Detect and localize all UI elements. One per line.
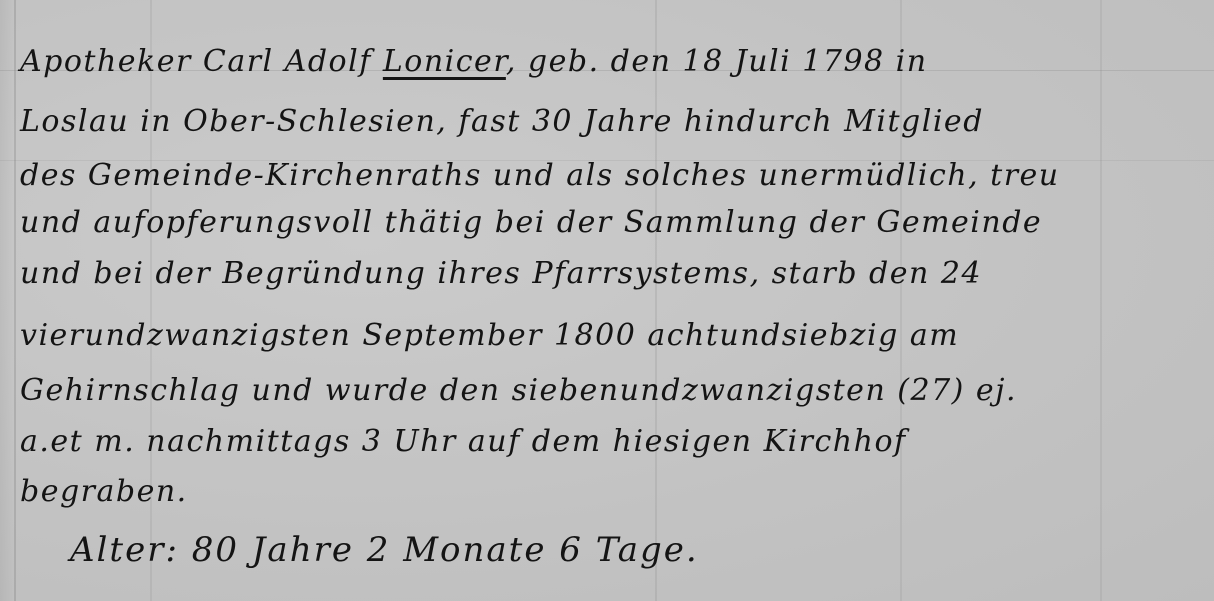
entry-text: und bei der Begründung ihres Pfarrsystem… — [20, 256, 982, 291]
entry-line-9: begraben. — [20, 474, 188, 509]
entry-text: Apotheker Carl Adolf — [20, 44, 383, 79]
age-label: Alter: — [70, 530, 179, 570]
ruling-line-vertical — [1100, 0, 1102, 601]
entry-line-6: vierundzwanzigsten September 1800 achtun… — [20, 318, 959, 353]
ruling-line-vertical — [150, 0, 152, 601]
entry-text: Gehirnschlag und wurde den siebenundzwan… — [20, 373, 1017, 408]
entry-line-7: Gehirnschlag und wurde den siebenundzwan… — [20, 373, 1017, 408]
ruling-line-vertical — [14, 0, 16, 601]
entry-text: Loslau in Ober-Schlesien, fast 30 Jahre … — [20, 104, 984, 139]
entry-text: begraben. — [20, 474, 188, 509]
entry-line-2: Loslau in Ober-Schlesien, fast 30 Jahre … — [20, 104, 984, 139]
ruling-line-vertical — [900, 0, 902, 601]
register-page: Apotheker Carl Adolf Lonicer, geb. den 1… — [0, 0, 1214, 601]
entry-text: und aufopferungsvoll thätig bei der Samm… — [20, 205, 1042, 240]
entry-line-4: und aufopferungsvoll thätig bei der Samm… — [20, 205, 1042, 240]
ruling-line-vertical — [655, 0, 657, 601]
entry-line-3: des Gemeinde-Kirchenraths und als solche… — [20, 158, 1060, 193]
entry-line-8: a.et m. nachmittags 3 Uhr auf dem hiesig… — [20, 424, 907, 459]
entry-text: des Gemeinde-Kirchenraths und als solche… — [20, 158, 1060, 193]
age-line: Alter: 80 Jahre 2 Monate 6 Tage. — [70, 530, 699, 570]
entry-text: a.et m. nachmittags 3 Uhr auf dem hiesig… — [20, 424, 907, 459]
surname: Lonicer — [383, 44, 506, 79]
entry-line-5: und bei der Begründung ihres Pfarrsystem… — [20, 256, 982, 291]
entry-text: vierundzwanzigsten September 1800 achtun… — [20, 318, 959, 353]
age-value: 80 Jahre 2 Monate 6 Tage. — [192, 530, 699, 570]
entry-line-1: Apotheker Carl Adolf Lonicer, geb. den 1… — [20, 44, 928, 79]
entry-text: , geb. den 18 Juli 1798 in — [506, 44, 928, 79]
